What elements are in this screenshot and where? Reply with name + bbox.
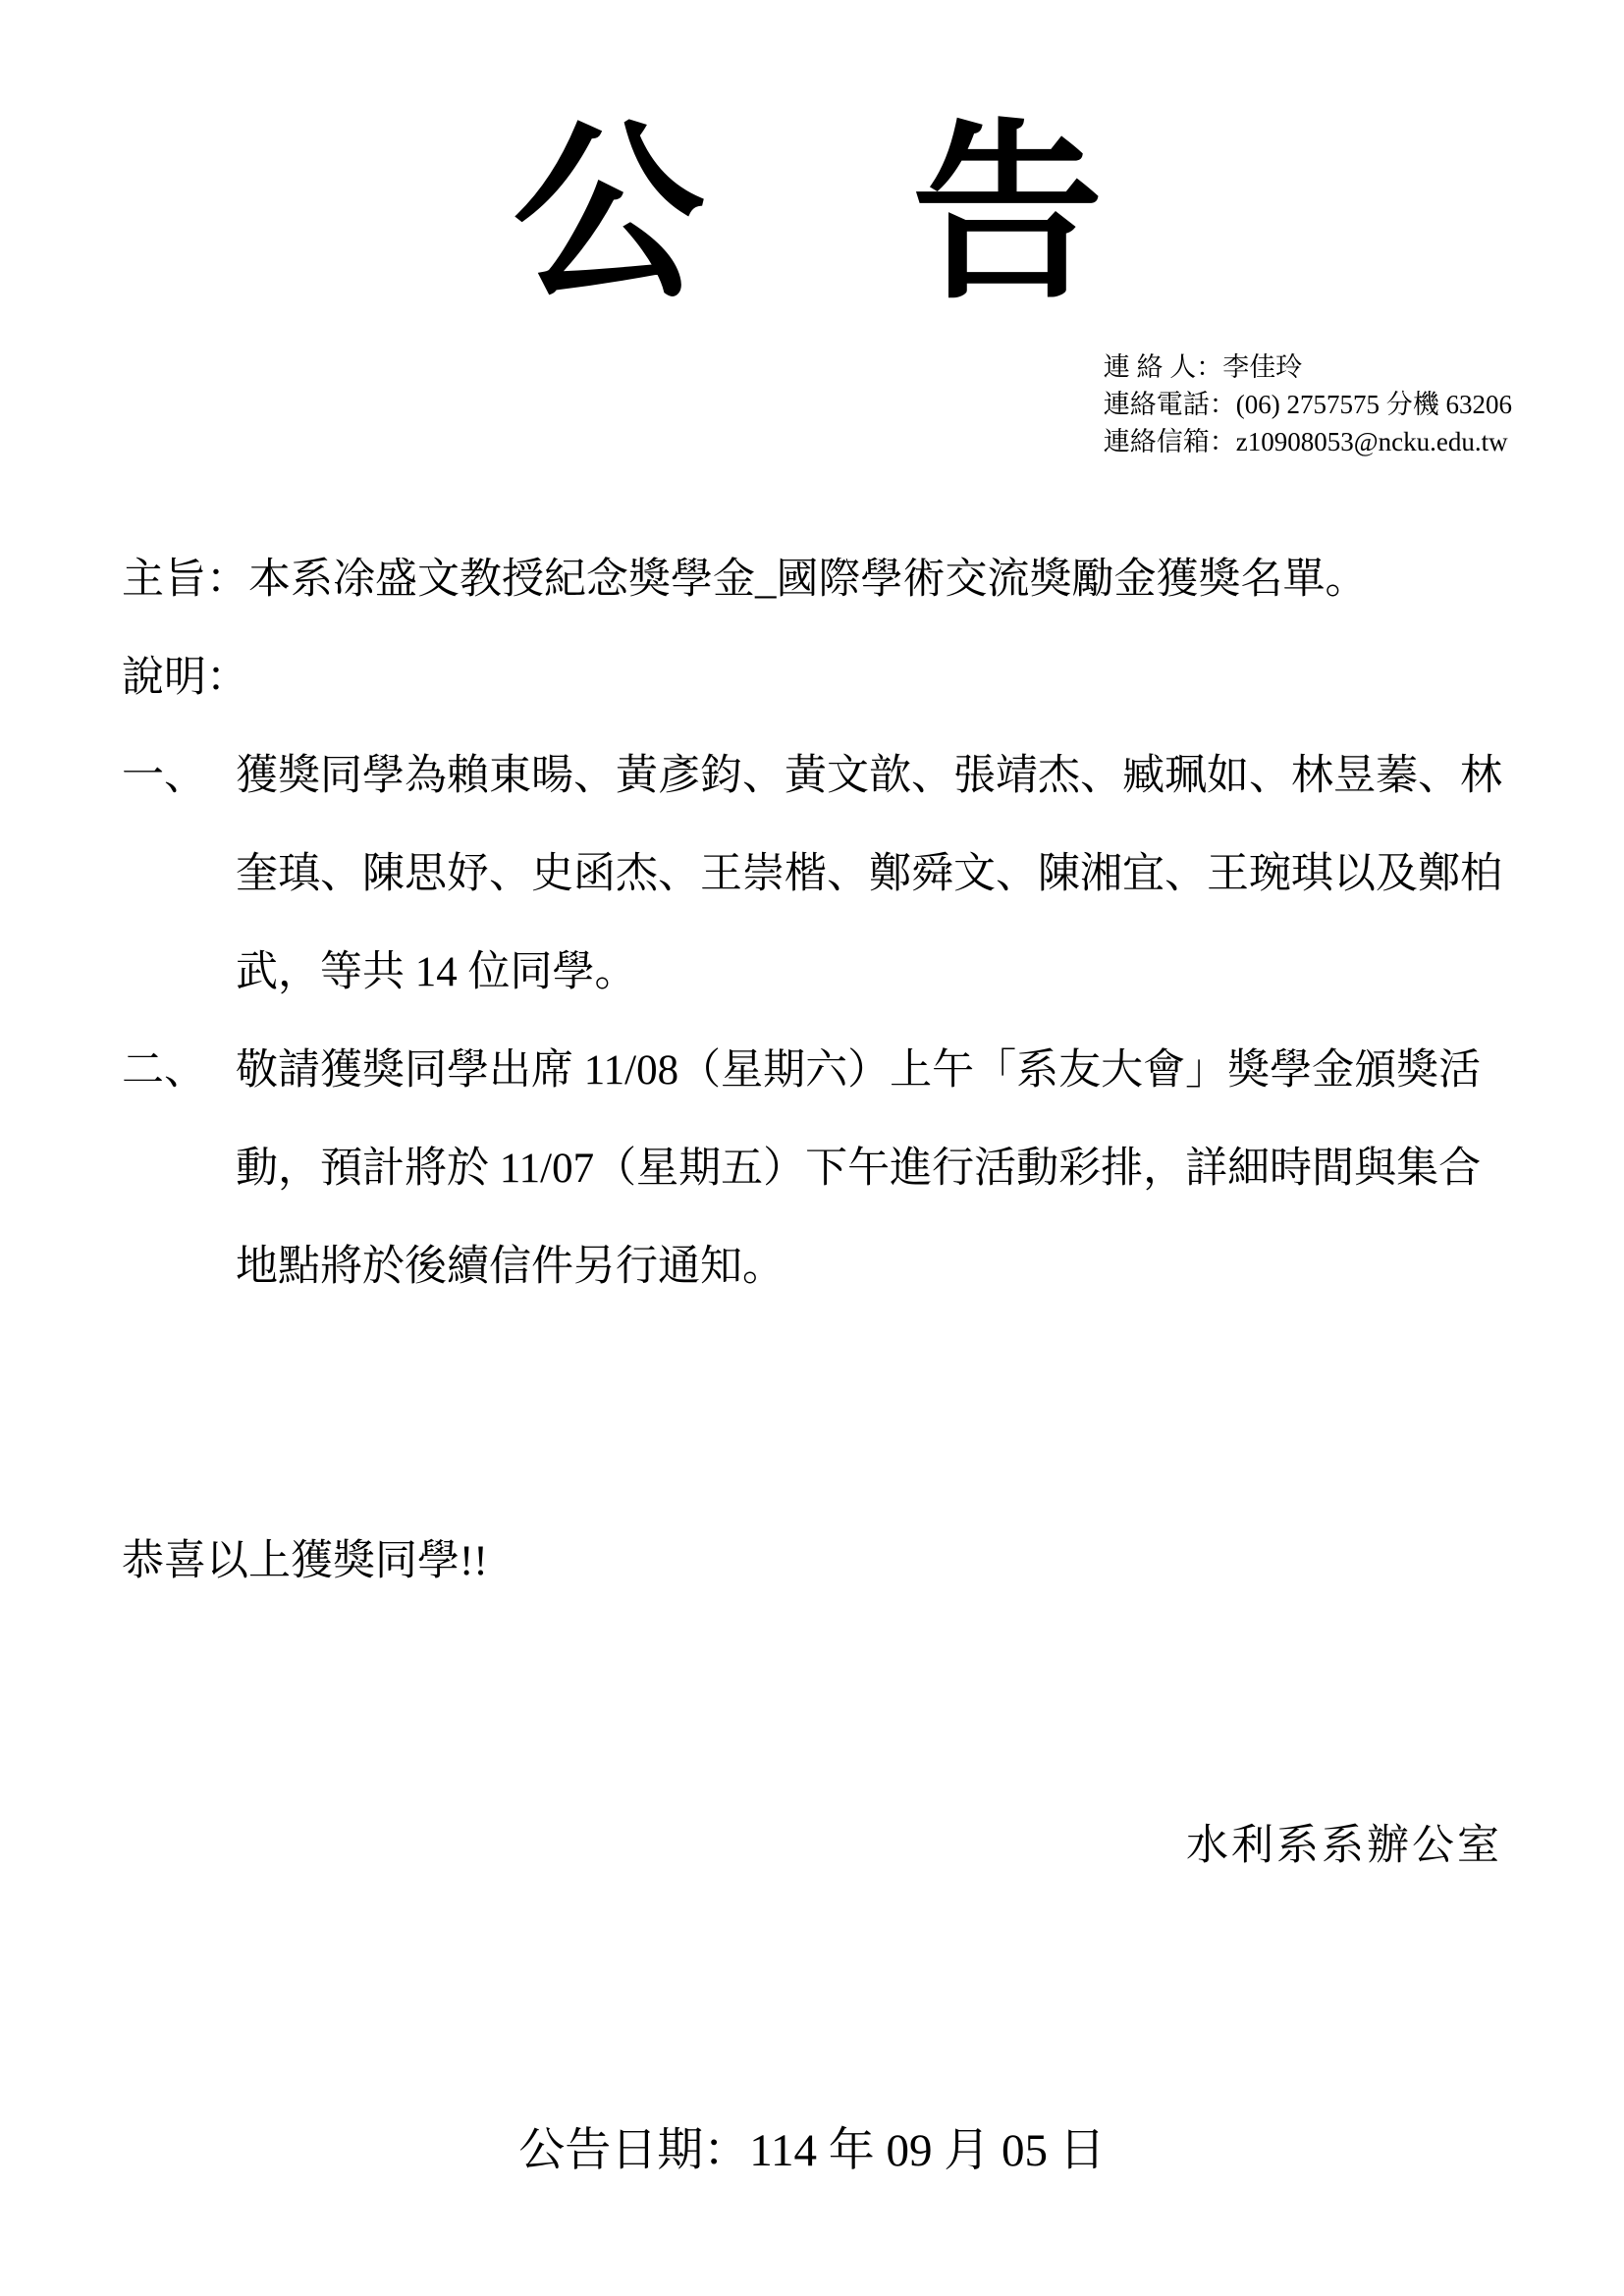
item-text-line: 地點將於後續信件另行通知。: [236, 1218, 1502, 1316]
announcement-body: 主旨：本系凃盛文教授紀念獎學金_國際學術交流獎勵金獲獎名單。 說明： 一、 獲獎…: [122, 531, 1502, 1896]
list-item-1: 一、 獲獎同學為賴東暘、黃彥鈞、黃文歆、張靖杰、臧珮如、林昱蓁、林 奎瑱、陳思妤…: [122, 727, 1502, 1022]
contact-email-label: 連絡信箱：: [1104, 427, 1236, 456]
item-text-line: 敬請獲獎同學出席 11/08（星期六）上午「系友大會」獎學金頒獎活: [236, 1022, 1502, 1120]
announcement-date: 公告日期：114 年 09 月 05 日: [0, 2102, 1624, 2200]
contact-phone-number: (06) 2757575 分機 63206: [1236, 390, 1512, 419]
congratulations-line: 恭喜以上獲獎同學!!: [122, 1513, 1502, 1611]
announcement-page: 公 告 連 絡 人：李佳玲 連絡電話：(06) 2757575 分機 63206…: [0, 0, 1624, 2296]
item-text-line: 獲獎同學為賴東暘、黃彥鈞、黃文歆、張靖杰、臧珮如、林昱蓁、林: [236, 727, 1502, 826]
item-text-line: 動，預計將於 11/07（星期五）下午進行活動彩排，詳細時間與集合: [236, 1120, 1502, 1218]
signature-line: 水利系系辦公室: [122, 1797, 1502, 1896]
contact-email: 連絡信箱：z10908053@ncku.edu.tw: [1104, 423, 1512, 460]
page-title: 公 告: [0, 0, 1624, 317]
explanation-label: 說明：: [122, 629, 1502, 727]
contact-block: 連 絡 人：李佳玲 連絡電話：(06) 2757575 分機 63206 連絡信…: [1104, 348, 1512, 460]
item-number: 一、: [122, 727, 236, 826]
contact-phone: 連絡電話：(06) 2757575 分機 63206: [1104, 386, 1512, 423]
item-text-line: 武，等共 14 位同學。: [236, 924, 1502, 1022]
list-item-2: 二、 敬請獲獎同學出席 11/08（星期六）上午「系友大會」獎學金頒獎活 動，預…: [122, 1022, 1502, 1316]
item-text: 獲獎同學為賴東暘、黃彥鈞、黃文歆、張靖杰、臧珮如、林昱蓁、林 奎瑱、陳思妤、史函…: [236, 727, 1502, 1022]
subject-line: 主旨：本系凃盛文教授紀念獎學金_國際學術交流獎勵金獲獎名單。: [122, 531, 1502, 629]
item-text-line: 奎瑱、陳思妤、史函杰、王崇楷、鄭舜文、陳湘宜、王琬琪以及鄭柏: [236, 826, 1502, 924]
item-text: 敬請獲獎同學出席 11/08（星期六）上午「系友大會」獎學金頒獎活 動，預計將於…: [236, 1022, 1502, 1316]
contact-person-label: 連 絡 人：: [1104, 352, 1223, 382]
contact-email-address: z10908053@ncku.edu.tw: [1236, 427, 1508, 456]
contact-phone-label: 連絡電話：: [1104, 390, 1236, 419]
item-number: 二、: [122, 1022, 236, 1120]
contact-person: 連 絡 人：李佳玲: [1104, 348, 1512, 386]
contact-person-name: 李佳玲: [1222, 352, 1302, 382]
